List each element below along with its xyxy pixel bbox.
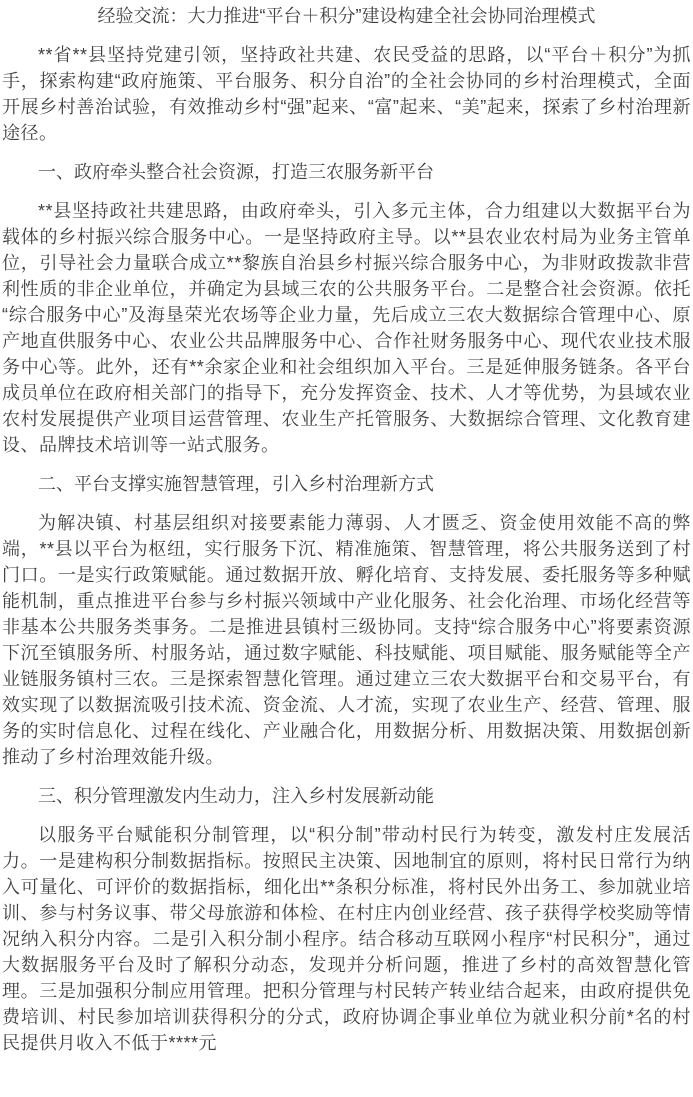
- section-2-paragraph: 为解决镇、村基层组织对接要素能力薄弱、人才匮乏、资金使用效能不高的弊端，**县以…: [2, 510, 691, 770]
- section-heading-1: 一、政府牵头整合社会资源，打造三农服务新平台: [2, 159, 691, 185]
- section-heading-3: 三、积分管理激发内生动力，注入乡村发展新动能: [2, 783, 691, 809]
- section-3-paragraph: 以服务平台赋能积分制管理，以“积分制”带动村民行为转变，激发村庄发展活力。一是建…: [2, 822, 691, 1056]
- section-heading-2: 二、平台支撑实施智慧管理，引入乡村治理新方式: [2, 471, 691, 497]
- document-title: 经验交流：大力推进“平台＋积分”建设构建全社会协同治理模式: [2, 3, 691, 29]
- document-page: 经验交流：大力推进“平台＋积分”建设构建全社会协同治理模式 **省**县坚持党建…: [0, 0, 693, 1097]
- section-1-paragraph: **县坚持政社共建思路，由政府牵头，引入多元主体，合力组建以大数据平台为载体的乡…: [2, 198, 691, 458]
- intro-paragraph: **省**县坚持党建引领，坚持政社共建、农民受益的思路，以“平台＋积分”为抓手，…: [2, 42, 691, 146]
